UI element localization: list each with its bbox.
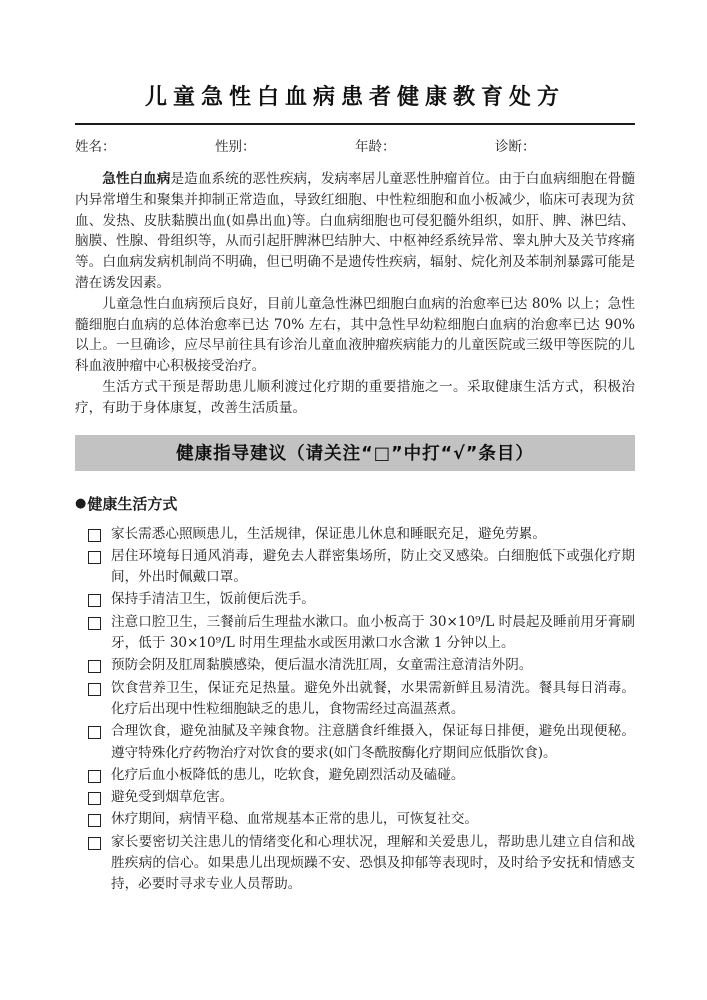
section-title: 健康生活方式 bbox=[87, 493, 177, 514]
paragraph-lead: 急性白血病 bbox=[102, 171, 170, 187]
checkbox-icon[interactable] bbox=[88, 837, 101, 850]
age-field-label: 年龄： bbox=[355, 135, 495, 155]
checklist-item-text: 保持手清洁卫生，饭前便后洗手。 bbox=[111, 589, 315, 610]
page-title: 儿童急性白血病患者健康教育处方 bbox=[75, 80, 635, 111]
checkbox-icon[interactable] bbox=[88, 594, 101, 607]
checklist-item-text: 避免受到烟草危害。 bbox=[111, 787, 233, 808]
intro-paragraph-3: 生活方式干预是帮助患儿顺利渡过化疗期的重要措施之一。采取健康生活方式，积极治疗，… bbox=[75, 377, 635, 419]
checkbox-icon[interactable] bbox=[88, 770, 101, 783]
bullet-icon: ● bbox=[75, 496, 86, 511]
checkbox-icon[interactable] bbox=[88, 683, 101, 696]
diagnosis-field-label: 诊断： bbox=[495, 135, 635, 155]
checklist-item-text: 预防会阴及肛周黏膜感染，便后温水清洗肛周，女童需注意清洁外阴。 bbox=[111, 655, 532, 676]
checkbox-icon[interactable] bbox=[88, 551, 101, 564]
checklist-item: 休疗期间，病情平稳、血常规基本正常的患儿，可恢复社交。 bbox=[88, 809, 635, 830]
checklist-item: 居住环境每日通风消毒，避免去人群密集场所，防止交叉感染。白细胞低下或强化疗期间，… bbox=[88, 546, 635, 589]
checkbox-icon[interactable] bbox=[88, 814, 101, 827]
checklist-item: 保持手清洁卫生，饭前便后洗手。 bbox=[88, 589, 635, 610]
checklist-item: 家长需悉心照顾患儿，生活规律，保证患儿休息和睡眠充足，避免劳累。 bbox=[88, 524, 635, 545]
title-divider bbox=[75, 123, 635, 125]
health-checklist: 家长需悉心照顾患儿，生活规律，保证患儿休息和睡眠充足，避免劳累。 居住环境每日通… bbox=[75, 524, 635, 896]
checklist-item: 化疗后血小板降低的患儿，吃软食，避免剧烈活动及磕碰。 bbox=[88, 765, 635, 786]
checkbox-icon[interactable] bbox=[88, 529, 101, 542]
name-field-label: 姓名： bbox=[75, 135, 215, 155]
paragraph-text: 是造血系统的恶性疾病，发病率居儿童恶性肿瘤首位。由于白血病细胞在骨髓内异常增生和… bbox=[75, 171, 635, 291]
patient-info-row: 姓名： 性别： 年龄： 诊断： bbox=[75, 135, 635, 155]
checklist-item: 预防会阴及肛周黏膜感染，便后温水清洗肛周，女童需注意清洁外阴。 bbox=[88, 655, 635, 676]
checklist-item-text: 注意口腔卫生，三餐前后生理盐水漱口。血小板高于 30×10⁹/L 时晨起及睡前用… bbox=[111, 612, 635, 655]
checklist-item: 饮食营养卫生，保证充足热量。避免外出就餐，水果需新鲜且易清洗。餐具每日消毒。化疗… bbox=[88, 678, 635, 721]
document-page: 儿童急性白血病患者健康教育处方 姓名： 性别： 年龄： 诊断： 急性白血病是造血… bbox=[0, 0, 707, 1000]
checkbox-icon[interactable] bbox=[88, 660, 101, 673]
intro-paragraph-1: 急性白血病是造血系统的恶性疾病，发病率居儿童恶性肿瘤首位。由于白血病细胞在骨髓内… bbox=[75, 169, 635, 294]
checklist-item-text: 居住环境每日通风消毒，避免去人群密集场所，防止交叉感染。白细胞低下或强化疗期间，… bbox=[111, 546, 635, 589]
checkbox-icon[interactable] bbox=[88, 792, 101, 805]
guidance-banner: 健康指导建议（请关注“□”中打“√”条目） bbox=[75, 435, 635, 471]
checklist-item: 合理饮食，避免油腻及辛辣食物。注意膳食纤维摄入，保证每日排便，避免出现便秘。遵守… bbox=[88, 721, 635, 764]
checkbox-icon[interactable] bbox=[88, 726, 101, 739]
checklist-item-text: 休疗期间，病情平稳、血常规基本正常的患儿，可恢复社交。 bbox=[111, 809, 478, 830]
checkbox-icon[interactable] bbox=[88, 617, 101, 630]
checklist-item-text: 家长需悉心照顾患儿，生活规律，保证患儿休息和睡眠充足，避免劳累。 bbox=[111, 524, 546, 545]
checklist-item: 避免受到烟草危害。 bbox=[88, 787, 635, 808]
checklist-item: 家长要密切关注患儿的情绪变化和心理状况，理解和关爱患儿，帮助患儿建立自信和战胜疾… bbox=[88, 832, 635, 896]
checklist-item: 注意口腔卫生，三餐前后生理盐水漱口。血小板高于 30×10⁹/L 时晨起及睡前用… bbox=[88, 612, 635, 655]
checklist-item-text: 合理饮食，避免油腻及辛辣食物。注意膳食纤维摄入，保证每日排便，避免出现便秘。遵守… bbox=[111, 721, 635, 764]
checklist-item-text: 家长要密切关注患儿的情绪变化和心理状况，理解和关爱患儿，帮助患儿建立自信和战胜疾… bbox=[111, 832, 635, 896]
checklist-item-text: 化疗后血小板降低的患儿，吃软食，避免剧烈活动及磕碰。 bbox=[111, 765, 464, 786]
gender-field-label: 性别： bbox=[215, 135, 355, 155]
section-header-healthy-lifestyle: ● 健康生活方式 bbox=[75, 493, 635, 514]
checklist-item-text: 饮食营养卫生，保证充足热量。避免外出就餐，水果需新鲜且易清洗。餐具每日消毒。化疗… bbox=[111, 678, 635, 721]
intro-section: 急性白血病是造血系统的恶性疾病，发病率居儿童恶性肿瘤首位。由于白血病细胞在骨髓内… bbox=[75, 169, 635, 419]
intro-paragraph-2: 儿童急性白血病预后良好，目前儿童急性淋巴细胞白血病的治愈率已达 80% 以上；急… bbox=[75, 294, 635, 377]
